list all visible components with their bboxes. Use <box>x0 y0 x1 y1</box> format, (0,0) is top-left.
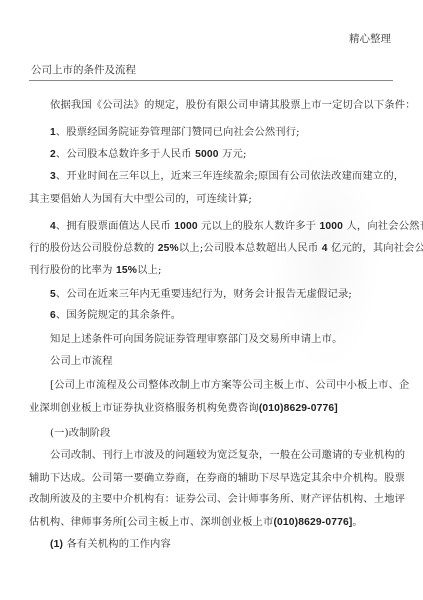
condition-4-line3: 刊行股份的比率为 15%以上; <box>29 261 162 276</box>
title-divider <box>29 80 393 81</box>
condition-text: 、拥有股票面值达人民币 <box>56 220 174 232</box>
summary-paragraph: 知足上述条件可向国务院证券管理审察部门及交易所申请上市。 <box>50 330 343 345</box>
stage1-para-line1: 公司改制、刊行上市波及的问题较为宽泛复杂，一般在公司邀请的专业机构的 <box>50 446 405 461</box>
intro-paragraph: 依据我国《公司法》的规定，股份有限公司申请其股票上市一定切合以下条件： <box>50 96 416 111</box>
stage1-para-line3: 改制所波及的主要中介机构有：证券公司、会计师事务所、财产评估机构、土地评 <box>29 490 405 505</box>
sub-heading-number: (1) <box>50 539 63 550</box>
stage1-text: 。 <box>352 516 362 528</box>
condition-value: 15% <box>116 265 137 276</box>
stage1-title: 改制阶段 <box>69 427 111 439</box>
consult-note-line1: [公司上市流程及公司整体改制上市方案等公司主板上市、公司中小板上市、企 <box>50 376 409 391</box>
consult-phone: (010)8629-0776] <box>273 517 352 528</box>
condition-text: 行的股份达公司股份总数的 <box>29 242 158 254</box>
document-page: 精心整理 公司上市的条件及流程 依据我国《公司法》的规定，股份有限公司申请其股票… <box>0 0 423 600</box>
condition-text: 以上; <box>137 264 162 276</box>
condition-text: 万元; <box>219 148 247 160</box>
stage1-para-line4: 估机构、律师事务所[公司主板上市、深圳创业板上市(010)8629-0776]。 <box>29 513 363 528</box>
condition-text: 、股票经国务院证券管理部门赞同已向社会公然刊行; <box>56 126 300 138</box>
condition-3-continuation: 其主要倡始人为国有大中型公司的，可连续计算; <box>29 190 252 205</box>
condition-text: 、公司在近来三年内无重要违纪行为，财务会计报告无虚假记录; <box>56 288 352 300</box>
condition-text: 亿元的，其向社会公然 <box>328 242 423 254</box>
condition-2: 2、公司股本总数许多于人民币 5000 万元; <box>50 145 247 160</box>
condition-amount: 5000 <box>195 149 219 160</box>
condition-text: 刊行股份的比率为 <box>29 264 116 276</box>
condition-4-line2: 行的股份达公司股份总数的 25%以上;公司股本总数超出人民币 4 亿元的，其向社… <box>29 239 423 254</box>
stage1-text: 估机构、律师事务所[公司主板上市、深圳创业板上市 <box>29 516 273 528</box>
condition-4: 4、拥有股票面值达人民币 1000 元以上的股东人数许多于 1000 人，向社会… <box>50 217 423 232</box>
condition-text: 、国务院规定的其余条件。 <box>56 309 181 321</box>
condition-value: 1000 <box>320 221 344 232</box>
condition-text: 、公司股本总数许多于人民币 <box>56 148 195 160</box>
stage1-prefix: (一) <box>50 427 69 439</box>
document-title: 公司上市的条件及流程 <box>31 62 136 77</box>
condition-6: 6、国务院规定的其余条件。 <box>50 306 181 321</box>
condition-text: 人，向社会公然刊 <box>343 220 423 232</box>
condition-3: 3、开业时间在三年以上，近来三年连续盈余;原国有公司依法改建而建立的， <box>50 167 404 182</box>
header-note: 精心整理 <box>349 31 391 46</box>
sub-heading: (1) 各有关机构的工作内容 <box>50 535 171 550</box>
condition-text: 、开业时间在三年以上，近来三年连续盈余;原国有公司依法改建而建立的， <box>56 170 404 182</box>
condition-text: 以上;公司股本总数超出人民币 <box>179 242 322 254</box>
stage1-para-line2: 辅助下达成。公司第一要确立券商，在券商的辅助下尽早选定其余中介机构。股票 <box>29 469 405 484</box>
consult-phone: (010)8629-0776] <box>259 403 338 414</box>
sub-heading-text: 各有关机构的工作内容 <box>63 538 171 550</box>
condition-value: 1000 <box>174 221 198 232</box>
condition-value: 25% <box>158 243 179 254</box>
process-heading: 公司上市流程 <box>50 352 113 367</box>
consult-note-line2: 业深圳创业板上市证券执业资格服务机构免费咨询(010)8629-0776] <box>29 399 338 414</box>
condition-1: 1、股票经国务院证券管理部门赞同已向社会公然刊行; <box>50 123 300 138</box>
stage1-heading: (一)改制阶段 <box>50 424 111 439</box>
condition-5: 5、公司在近来三年内无重要违纪行为，财务会计报告无虚假记录; <box>50 285 352 300</box>
consult-text: 业深圳创业板上市证券执业资格服务机构免费咨询 <box>29 402 259 414</box>
condition-text: 元以上的股东人数许多于 <box>198 220 320 232</box>
